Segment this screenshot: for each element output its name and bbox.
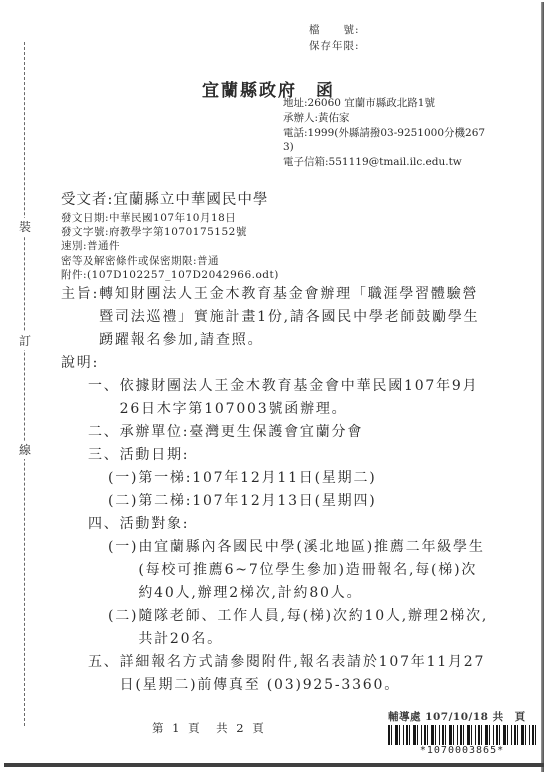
explanation-label: 說明: [61, 352, 501, 375]
barcode-image [388, 725, 536, 745]
sub-number: (二) [108, 490, 138, 513]
item-number: 一、 [88, 375, 120, 421]
explanation-item-1: 一、 依據財團法人王金木教育基金會中華民國107年9月26日木字第107003號… [88, 375, 501, 421]
explanation-section: 說明: 一、 依據財團法人王金木教育基金會中華民國107年9月26日木字第107… [61, 352, 501, 697]
activity-target-sub-2: (二) 隨隊老師、工作人員,每(梯)次約10人,辦理2梯次,共計20名。 [108, 605, 501, 651]
sub-number: (一) [108, 467, 138, 490]
subject-label: 主旨: [61, 283, 99, 352]
item-number: 五、 [88, 651, 120, 697]
page-number-indicator: 第 1 頁 共 2 頁 [152, 720, 266, 736]
agency-contact-block: 地址:26060 宜蘭市縣政北路1號 承辦人:黃佑家 電話:1999(外縣請撥0… [283, 96, 491, 170]
scan-edge-right [541, 2, 544, 772]
subject-section: 主旨: 轉知財團法人王金木教育基金會辦理「職涯學習體驗營暨司法巡禮」實施計畫1份… [61, 283, 481, 352]
item-text: 承辦單位:臺灣更生保護會宜蘭分會 [120, 421, 490, 444]
contact-email: 電子信箱:551119@tmail.ilc.edu.tw [283, 155, 491, 170]
sub-text: 隨隊老師、工作人員,每(梯)次約10人,辦理2梯次,共計20名。 [138, 605, 490, 651]
item-text: 活動對象: [120, 513, 490, 536]
security-class: 密等及解密條件或保密期限:普通 [61, 254, 279, 268]
speed-class: 速別:普通件 [61, 239, 279, 253]
binding-mark-xian: 線 [17, 441, 33, 459]
item-text: 活動日期: [120, 444, 490, 467]
item-number: 二、 [88, 421, 120, 444]
agency-address: 地址:26060 宜蘭市縣政北路1號 [283, 96, 491, 111]
stamp-office-date-text: 輔導處 107/10/18 共 頁 [388, 709, 540, 724]
barcode-number: *1070003865* [388, 745, 536, 756]
archive-number-block: 檔 號: 保存年限: [309, 23, 360, 54]
item-text: 詳細報名方式請參閱附件,報名表請於107年11月27日(星期二)前傳真至 (03… [120, 651, 490, 697]
explanation-item-5: 五、 詳細報名方式請參閱附件,報名表請於107年11月27日(星期二)前傳真至 … [88, 651, 501, 697]
issue-number: 發文字號:府教學字第1070175152號 [61, 225, 279, 239]
explanation-item-2: 二、 承辦單位:臺灣更生保護會宜蘭分會 [88, 421, 501, 444]
official-letter-page: 裝 訂 線 檔 號: 保存年限: 宜蘭縣政府 函 地址:26060 宜蘭市縣政北… [0, 0, 547, 772]
retention-period-label: 保存年限: [309, 39, 360, 55]
item-number: 三、 [88, 444, 120, 467]
activity-date-sub-2: (二) 第二梯:107年12月13日(星期四) [108, 490, 501, 513]
sub-text: 第一梯:107年12月11日(星期二) [138, 467, 490, 490]
sub-text: 由宜蘭縣內各國民中學(溪北地區)推薦二年級學生(每校可推薦6~7位學生參加)造冊… [138, 536, 490, 605]
binding-mark-zhuang: 裝 [17, 218, 33, 236]
explanation-item-3: 三、 活動日期: [88, 444, 501, 467]
sub-text: 第二梯:107年12月13日(星期四) [138, 490, 490, 513]
item-number: 四、 [88, 513, 120, 536]
document-meta-block: 發文日期:中華民國107年10月18日 發文字號:府教學字第1070175152… [61, 211, 279, 282]
issue-date: 發文日期:中華民國107年10月18日 [61, 211, 279, 225]
binding-dashed-line: 裝 訂 線 [24, 42, 25, 726]
subject-text: 轉知財團法人王金木教育基金會辦理「職涯學習體驗營暨司法巡禮」實施計畫1份,請各國… [99, 283, 481, 352]
sub-number: (一) [108, 536, 138, 605]
item-text: 依據財團法人王金木教育基金會中華民國107年9月26日木字第107003號函辦理… [120, 375, 490, 421]
explanation-item-4: 四、 活動對象: [88, 513, 501, 536]
scan-edge-bottom [4, 763, 544, 767]
recipient-line: 受文者:宜蘭縣立中華國民中學 [61, 188, 268, 209]
sub-number: (二) [108, 605, 138, 651]
attachment-line: 附件:(107D102257_107D2042966.odt) [61, 268, 279, 282]
activity-date-sub-1: (一) 第一梯:107年12月11日(星期二) [108, 467, 501, 490]
receipt-stamp-block: 輔導處 107/10/18 共 頁 *1070003865* [388, 709, 540, 756]
file-number-label: 檔 號: [309, 23, 360, 39]
activity-target-sub-1: (一) 由宜蘭縣內各國民中學(溪北地區)推薦二年級學生(每校可推薦6~7位學生參… [108, 536, 501, 605]
binding-mark-ding: 訂 [17, 332, 33, 350]
contact-phone: 電話:1999(外縣請撥03-9251000分機2673) [283, 126, 491, 156]
contact-person: 承辦人:黃佑家 [283, 111, 491, 126]
